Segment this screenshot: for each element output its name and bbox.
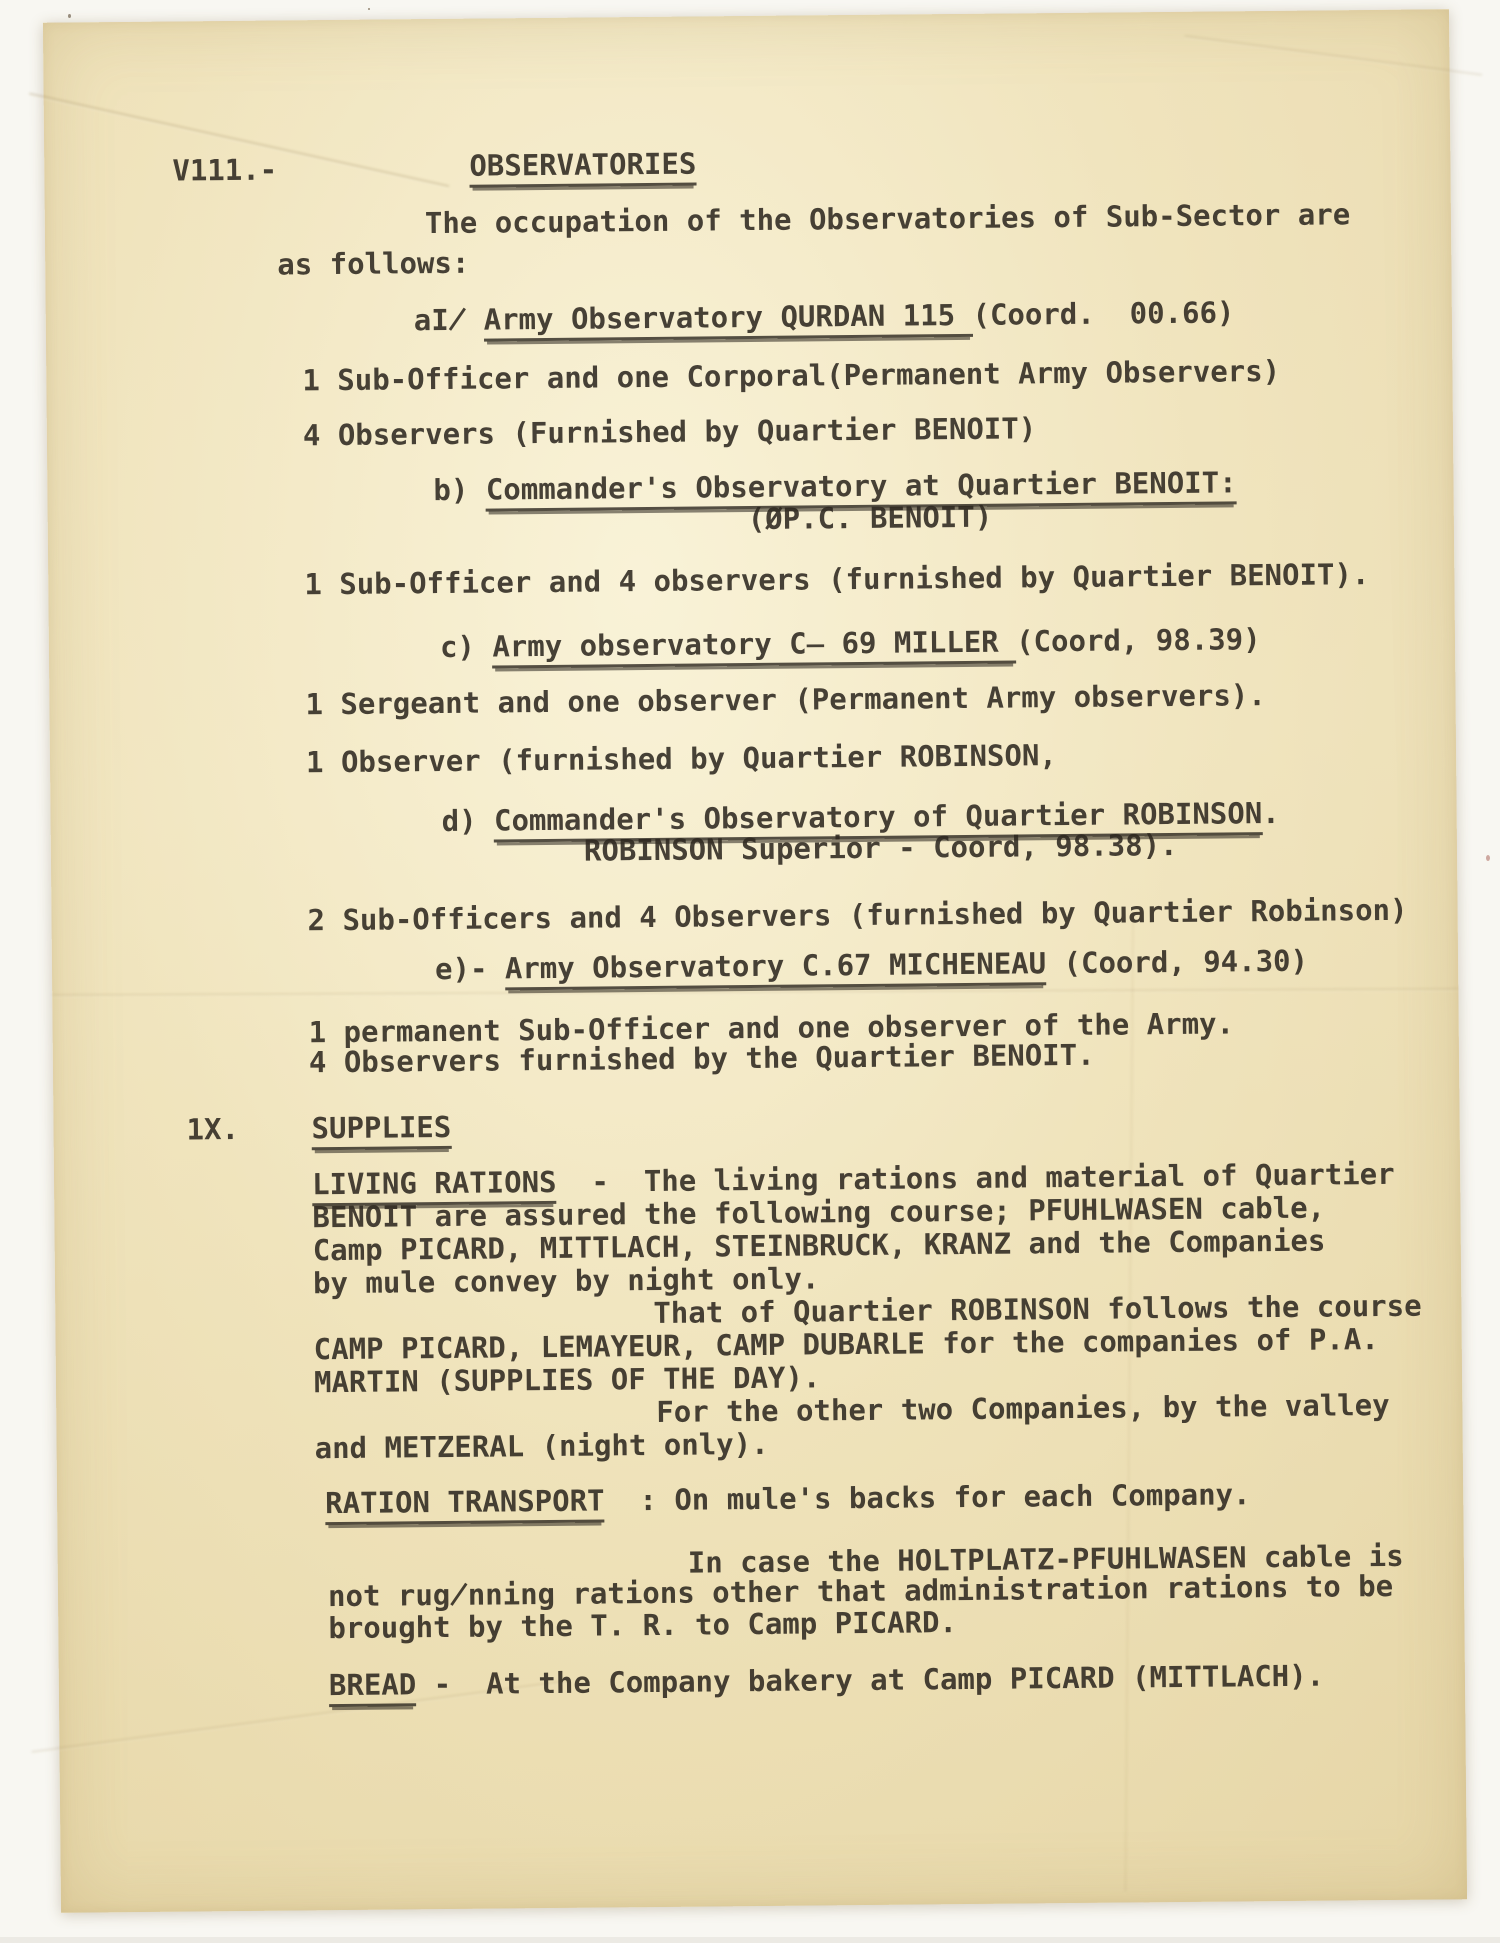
ration-transport-line: RATION TRANSPORT : On mule's backs for e… xyxy=(325,1478,1251,1519)
document-page: V111.- OBSERVATORIES The occupation of t… xyxy=(43,9,1467,1912)
item-e-marker: e)- xyxy=(435,951,505,986)
scanned-document-background: { "document": { "sec8": { "num": "V111.-… xyxy=(0,0,1500,1943)
section-ix-number: 1X. xyxy=(186,1113,239,1146)
item-a-marker: aI̸ xyxy=(414,303,484,338)
item-c-marker: c) xyxy=(440,630,493,665)
item-a-coord: (Coord. 00.66) xyxy=(972,295,1234,332)
item-e-heading: e)- Army Observatory C.67 MICHENEAU (Coo… xyxy=(435,945,1308,985)
living-rations-line-7: MARTIN (SUPPLIES OF THE DAY). xyxy=(314,1361,821,1398)
section-viii-title: OBSERVATORIES xyxy=(469,148,696,182)
scan-bed-edge xyxy=(0,1937,1500,1943)
ration-transport-label: RATION TRANSPORT xyxy=(325,1483,605,1525)
living-rations-line-4: by mule convey by night only. xyxy=(313,1262,820,1299)
living-rations-line-6: CAMP PICARD, LEMAYEUR, CAMP DUBARLE for … xyxy=(314,1323,1379,1365)
item-c-title: Army observatory C̶ 69 MILLER xyxy=(492,624,1016,668)
item-d-period: . xyxy=(1262,796,1280,830)
living-rations-line-8: For the other two Companies, by the vall… xyxy=(656,1389,1390,1428)
paper-speck xyxy=(1486,855,1490,861)
item-a-line-3: 4 Observers (Furnished by Quartier BENOI… xyxy=(303,412,1037,451)
cable-line-3: brought by the T. R. to Camp PICARD. xyxy=(328,1606,957,1644)
paper-speck xyxy=(68,14,71,18)
item-d-marker: d) xyxy=(441,803,494,838)
item-c-line-3: 1 Observer (furnished by Quartier ROBINS… xyxy=(306,739,1057,778)
intro-line-1: The occupation of the Observatories of S… xyxy=(425,198,1351,239)
item-d-line-2: 2 Sub-Officers and 4 Observers (furnishe… xyxy=(307,894,1407,937)
item-c-line-2: 1 Sergeant and one observer (Permanent A… xyxy=(305,679,1266,720)
item-d-subtitle: ROBINSON Superior - Coord, 98.38). xyxy=(584,829,1178,867)
item-e-coord: (Coord, 94.30) xyxy=(1046,944,1308,981)
item-c-heading: c) Army observatory C̶ 69 MILLER (Coord,… xyxy=(440,623,1261,663)
item-e-title: Army Observatory C.67 MICHENEAU xyxy=(505,946,1047,990)
typewritten-content: V111.- OBSERVATORIES The occupation of t… xyxy=(43,9,1467,1912)
item-a-line-2: 1 Sub-Officer and one Corporal(Permanent… xyxy=(302,355,1280,396)
section-viii-number: V111.- xyxy=(172,154,277,187)
bread-label: BREAD xyxy=(329,1667,417,1707)
paper-speck xyxy=(368,8,370,10)
living-rations-line-9: and METZERAL (night only). xyxy=(315,1428,769,1464)
section-ix-title: SUPPLIES xyxy=(311,1111,451,1144)
item-b-line-2: 1 Sub-Officer and 4 observers (furnished… xyxy=(304,558,1369,600)
item-b-subtitle: (ØP.C. BENOIT) xyxy=(748,501,993,535)
bread-line: BREAD - At the Company bakery at Camp PI… xyxy=(329,1660,1324,1702)
intro-line-2: as follows: xyxy=(277,247,469,281)
item-b-marker: b) xyxy=(433,473,486,508)
item-c-coord: (Coord, 98.39) xyxy=(1016,622,1261,658)
item-e-line-3: 4 Observers furnished by the Quartier BE… xyxy=(309,1039,1095,1079)
item-b-heading: b) Commander's Observatory at Quartier B… xyxy=(433,466,1236,506)
item-a-title: Army Observatory QURDAN 115 xyxy=(484,298,973,342)
item-a-heading: aI̸ Army Observatory QURDAN 115 (Coord. … xyxy=(414,296,1235,336)
